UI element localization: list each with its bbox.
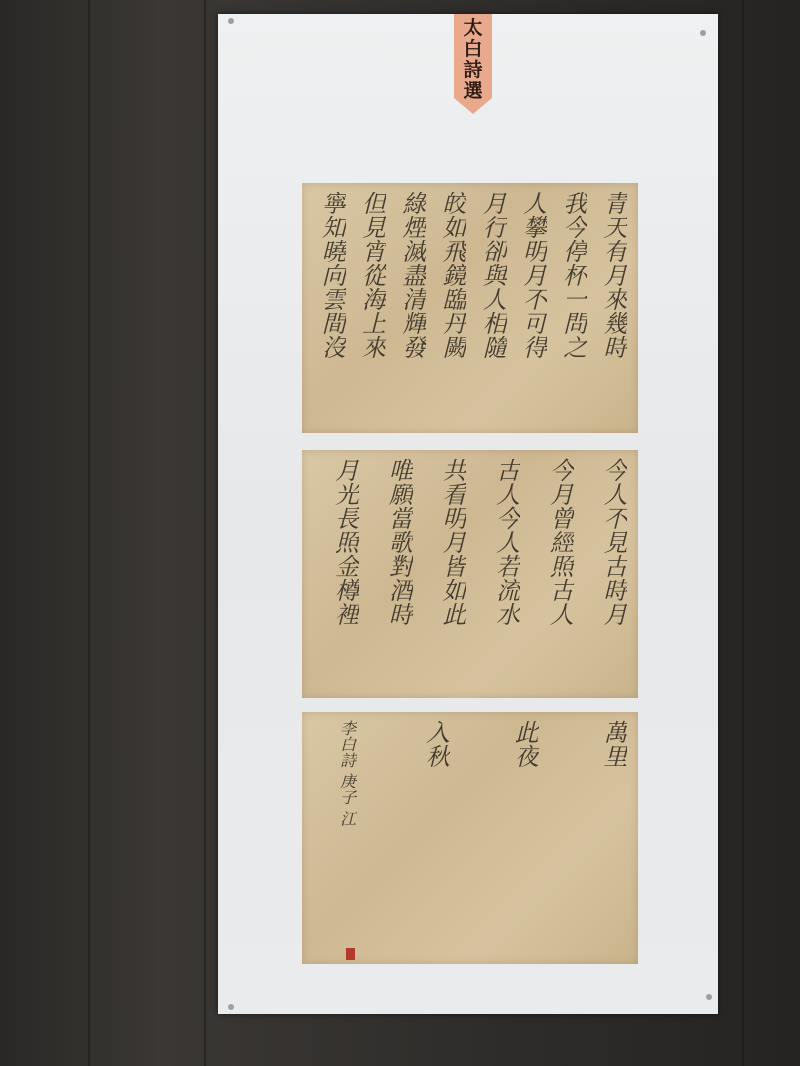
text-column: 此夜 — [456, 720, 539, 956]
text-column: 皎如飛鏡臨丹闕 — [433, 191, 467, 425]
text-column: 我今停杯一問之 — [554, 191, 588, 425]
text-column: 今人不見古時月 — [580, 458, 628, 690]
text-column: 今月曾經照古人 — [527, 458, 575, 690]
pin-icon — [700, 30, 706, 36]
text-column: 入秋 — [368, 720, 451, 956]
pin-icon — [228, 1004, 234, 1010]
text-column: 但見宵從海上來 — [352, 191, 386, 425]
wall-seam — [88, 0, 90, 1066]
text-column: 唯願當歌對酒時 — [366, 458, 414, 690]
label-char: 詩 — [463, 60, 482, 81]
label-char: 太 — [463, 18, 482, 39]
calligraphy-panel-2: 今人不見古時月 今月曾經照古人 古人今人若流水 共看明月皆如此 唯願當歌對酒時 … — [302, 450, 638, 698]
calligraphy-panel-1: 青天有月來幾時 我今停杯一問之 人攀明月不可得 月行卻與人相隨 皎如飛鏡臨丹闕 … — [302, 183, 638, 433]
calligraphy-panel-3: 萬里 此夜 入秋 李白詩 庚子 江 — [302, 712, 638, 964]
label-char: 白 — [463, 39, 482, 60]
wall-seam — [742, 0, 744, 1066]
text-column: 青天有月來幾時 — [594, 191, 628, 425]
text-column: 古人今人若流水 — [473, 458, 521, 690]
text-column: 月光長照金樽裡 — [312, 458, 360, 690]
seal-stamp — [346, 948, 355, 960]
pin-icon — [228, 18, 234, 24]
text-column: 人攀明月不可得 — [513, 191, 547, 425]
label-char: 選 — [463, 81, 482, 102]
text-column: 月行卻與人相隨 — [473, 191, 507, 425]
pin-icon — [706, 994, 712, 1000]
text-column: 萬里 — [545, 720, 628, 956]
text-column: 寧知曉向雲間沒 — [312, 191, 346, 425]
text-column: 綠煙滅盡清輝發 — [393, 191, 427, 425]
text-column: 共看明月皆如此 — [419, 458, 467, 690]
wall-seam — [204, 0, 206, 1066]
title-label: 太 白 詩 選 — [454, 14, 492, 114]
signature: 李白詩 庚子 江 — [312, 720, 362, 956]
